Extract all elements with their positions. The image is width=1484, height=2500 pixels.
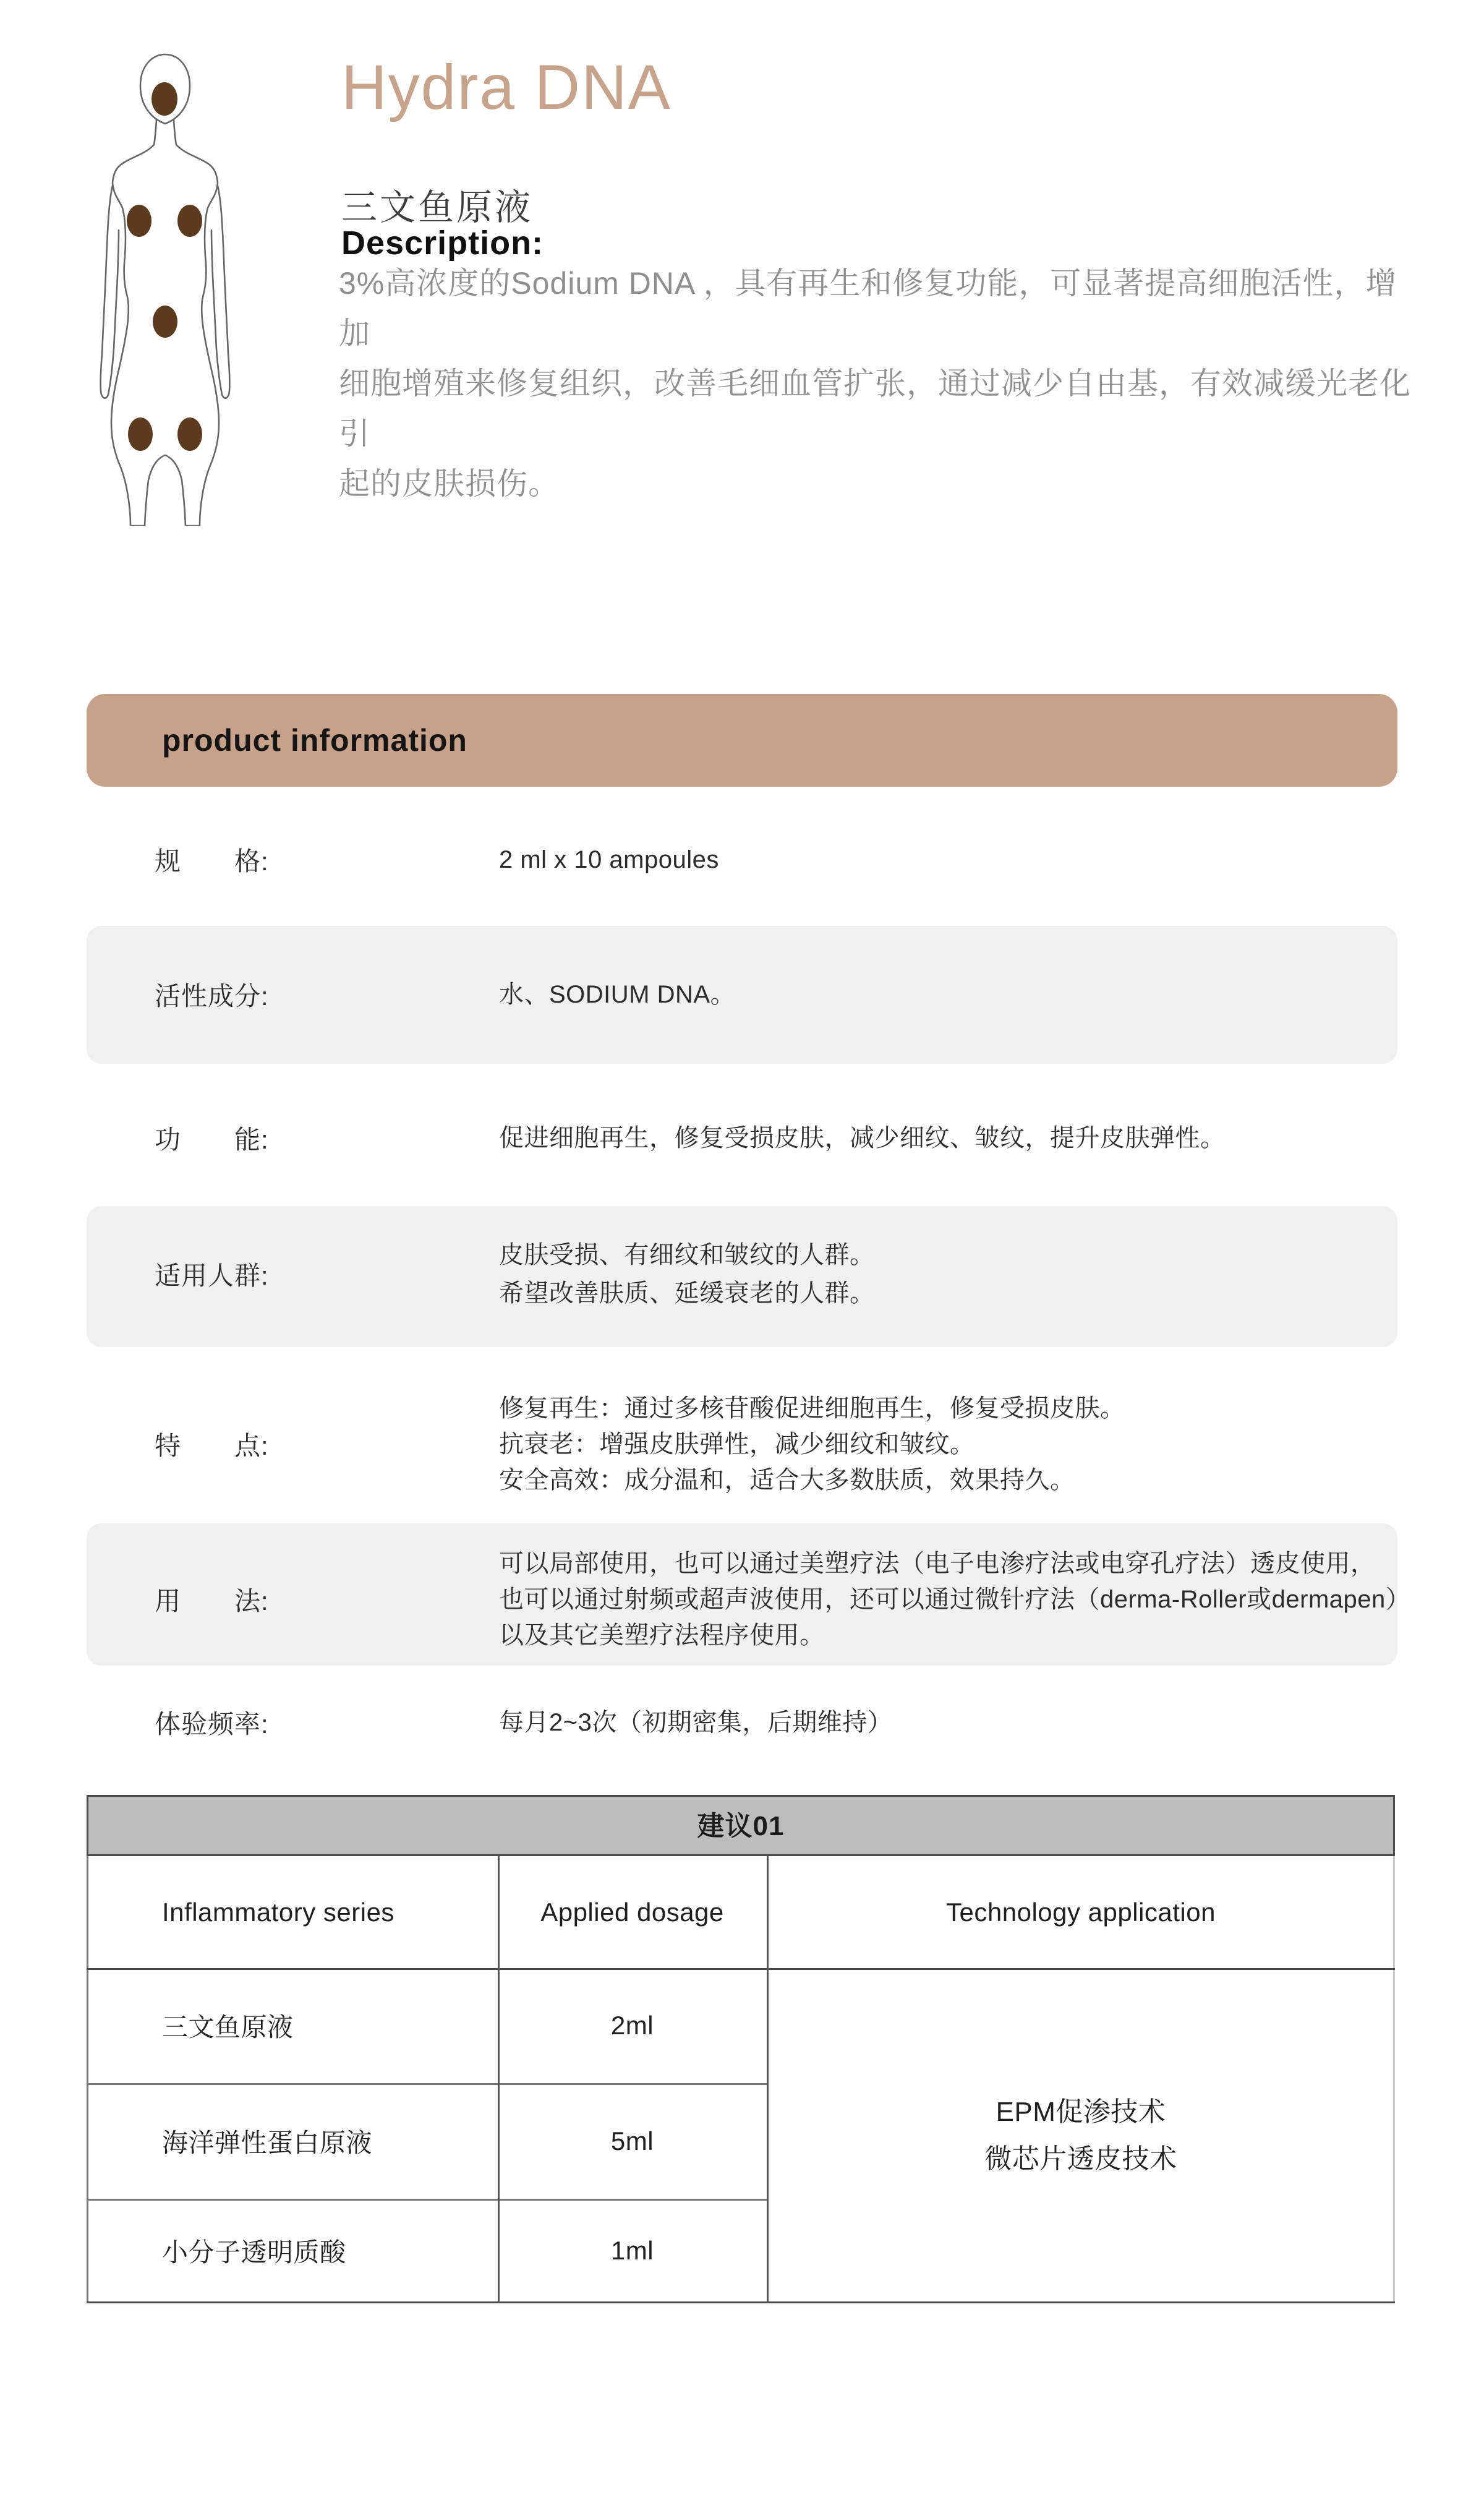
treatment-dot-hip-left xyxy=(128,417,153,451)
left-arm-outline xyxy=(101,186,119,398)
description-text: 3%高浓度的Sodium DNA ，具有再生和修复功能，可显著提高细胞活性，增加… xyxy=(339,259,1427,509)
right-arm-outline xyxy=(211,186,229,398)
table-cell-product-3: 小分子透明质酸 xyxy=(162,2232,346,2269)
page-title: Hydra DNA xyxy=(341,53,672,121)
spec-value: 2 ml x 10 ampoules xyxy=(499,842,719,878)
treatment-dot-chest-left xyxy=(127,205,151,237)
treatment-dot-hip-right xyxy=(177,417,202,451)
features-label: 特 点: xyxy=(155,1426,269,1463)
frequency-label: 体验频率: xyxy=(155,1704,269,1741)
spec-label: 规 格: xyxy=(155,841,269,878)
product-information-bar: product information xyxy=(87,694,1397,787)
column-header-dosage: Applied dosage xyxy=(498,1898,767,1927)
table-title: 建议01 xyxy=(87,1804,1395,1843)
function-label: 功 能: xyxy=(155,1119,269,1157)
table-border-bottom xyxy=(87,2301,1395,2303)
shaded-row-active-ingredients xyxy=(87,926,1397,1064)
table-line-row2 xyxy=(87,2199,767,2201)
product-sheet-page: Hydra DNA 三文鱼原液 Description: 3%高浓度的Sodiu… xyxy=(0,0,1484,2500)
table-cell-technology-merged: EPM促渗技术 微芯片透皮技术 xyxy=(767,2089,1395,2183)
target-group-value: 皮肤受损、有细纹和皱纹的人群。 希望改善肤质、延缓衰老的人群。 xyxy=(499,1236,875,1312)
treatment-dot-forehead xyxy=(151,82,177,116)
table-cell-product-1: 三文鱼原液 xyxy=(162,2007,294,2044)
table-cell-dosage-2: 5ml xyxy=(498,2126,767,2156)
features-value: 修复再生：通过多核苷酸促进细胞再生，修复受损皮肤。 抗衰老：增强皮肤弹性，减少细… xyxy=(499,1390,1125,1498)
column-header-series: Inflammatory series xyxy=(162,1898,394,1927)
table-cell-product-2: 海洋弹性蛋白原液 xyxy=(162,2123,372,2160)
active-ingredients-value: 水、SODIUM DNA。 xyxy=(499,977,735,1012)
table-line-header-bottom xyxy=(87,1968,1395,1970)
target-group-label: 适用人群: xyxy=(155,1256,269,1293)
table-line-row1 xyxy=(87,2083,767,2085)
body-figure-illustration xyxy=(87,52,247,526)
treatment-dot-chest-right xyxy=(177,205,202,237)
table-border-left xyxy=(87,1856,88,2303)
treatment-dot-abdomen xyxy=(153,306,177,338)
product-information-title: product information xyxy=(162,722,467,758)
column-header-technology: Technology application xyxy=(767,1898,1395,1927)
active-ingredients-label: 活性成分: xyxy=(155,976,269,1013)
usage-label: 用 法: xyxy=(155,1581,269,1618)
description-heading: Description: xyxy=(341,224,544,262)
page-subtitle: 三文鱼原液 xyxy=(341,178,533,230)
usage-value: 可以局部使用，也可以通过美塑疗法（电子电渗疗法或电穿孔疗法）透皮使用， 也可以通… xyxy=(499,1546,1410,1653)
function-value: 促进细胞再生，修复受损皮肤，减少细纹、皱纹，提升皮肤弹性。 xyxy=(499,1120,1226,1156)
suggestion-table: 建议01 Inflammatory series Applied dosage … xyxy=(87,1795,1395,2303)
frequency-value: 每月2~3次（初期密集，后期维持） xyxy=(499,1705,892,1740)
table-cell-dosage-1: 2ml xyxy=(498,2011,767,2040)
table-cell-dosage-3: 1ml xyxy=(498,2236,767,2266)
